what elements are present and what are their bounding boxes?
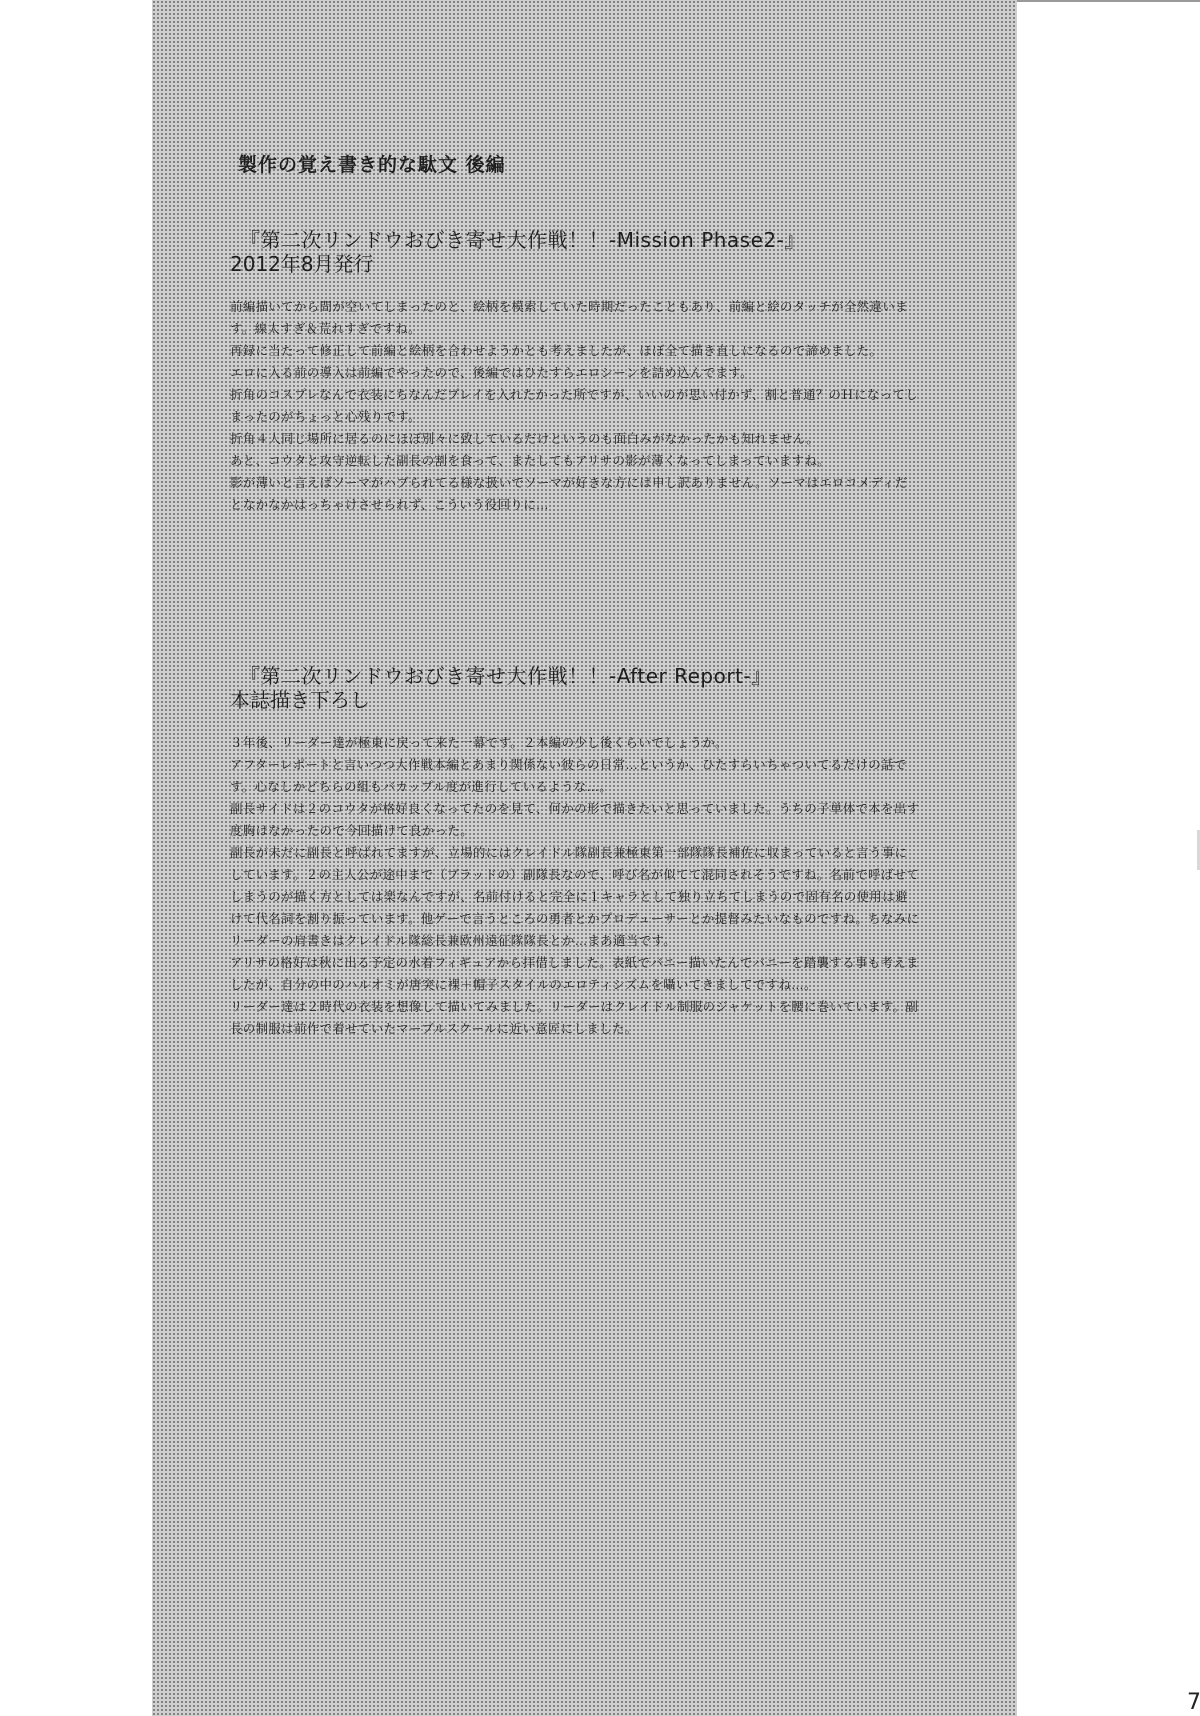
paragraph: 副長が未だに副長と呼ばれてますが、立場的にはクレイドル隊副長兼極東第一部隊隊長補… <box>230 842 920 952</box>
paragraph: 影が薄いと言えばソーマがハブられてる様な扱いでソーマが好きな方には申し訳ありませ… <box>230 472 920 516</box>
section-title: 『第二次リンドウおびき寄せ大作戦！！-After Report-』 <box>240 664 928 688</box>
page-title: 製作の覚え書き的な駄文 後編 <box>238 150 506 177</box>
section-subtitle: 本誌描き下ろし <box>230 688 928 712</box>
paragraph: あと、コウタと攻守逆転した副長の割を食って、またしてもアリサの影が薄くなってしま… <box>230 450 920 472</box>
paragraph: 再録に当たって修正して前編と絵柄を合わせようかとも考えましたが、ほぼ全て描き直し… <box>230 340 920 362</box>
paragraph: 折角４人同じ場所に居るのにほぼ別々に致しているだけというのも面白みがなかったかも… <box>230 428 920 450</box>
section-after-report: 『第二次リンドウおびき寄せ大作戦！！-After Report-』 本誌描き下ろ… <box>238 664 928 1040</box>
paragraph: アリサの格好は秋に出る予定の水着フィギュアから拝借しました。表紙でバニー描いたん… <box>230 952 920 996</box>
paragraph: 副長サイドは２のコウタが格好良くなってたのを見て、何かの形で描きたいと思っていま… <box>230 798 920 842</box>
paragraph: 折角のコスプレなんで衣装にちなんだプレイを入れたかった所ですが、いいのが思い付か… <box>230 384 920 428</box>
section-mission-phase2: 『第二次リンドウおびき寄せ大作戦！！-Mission Phase2-』 2012… <box>238 228 928 516</box>
paragraph: ３年後、リーダー達が極東に戻って来た一幕です。２本編の少し後くらいでしょうか。 <box>230 732 920 754</box>
page-edge-line <box>1017 0 1200 2</box>
section-subtitle: 2012年8月発行 <box>230 252 928 276</box>
paragraph: 前編描いてから間が空いてしまったのと、絵柄を模索していた時期だったこともあり、前… <box>230 296 920 340</box>
paragraph: アフターレポートと言いつつ大作戦本編とあまり関係ない彼らの日常…というか、ひたす… <box>230 754 920 798</box>
paragraph: エロに入る前の導入は前編でやったので、後編ではひたすらエロシーンを詰め込んでます… <box>230 362 920 384</box>
section-title: 『第二次リンドウおびき寄せ大作戦！！-Mission Phase2-』 <box>240 228 928 252</box>
paragraph: リーダー達は２時代の衣装を想像して描いてみました。リーダーはクレイドル制服のジャ… <box>230 996 920 1040</box>
page-number: 7 <box>1187 1690 1200 1715</box>
